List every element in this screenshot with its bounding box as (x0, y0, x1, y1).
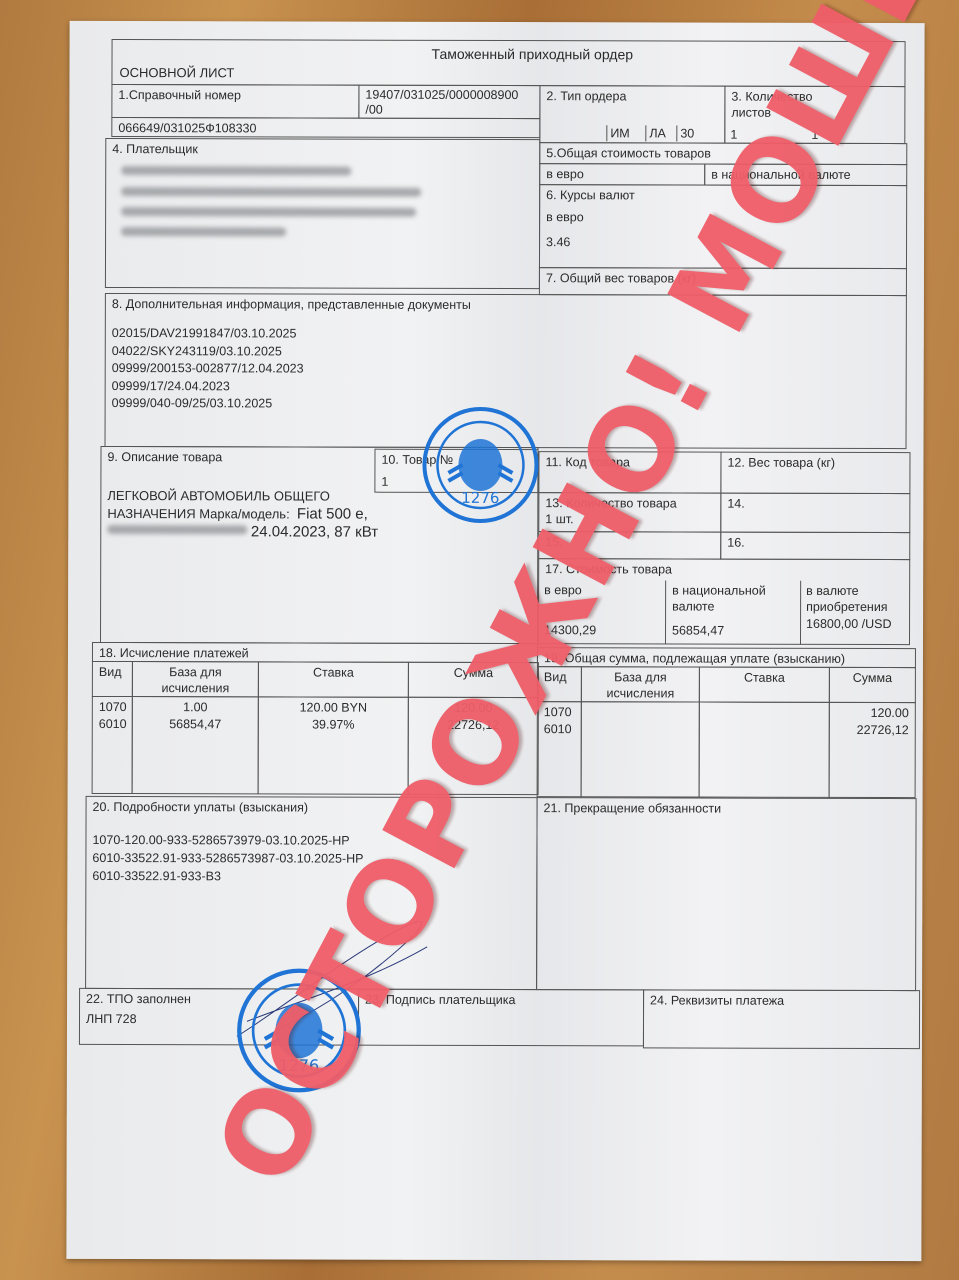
order-type-code-1: ИМ (606, 125, 629, 141)
field-21-obligation-end: 21. Прекращение обязанности (536, 797, 917, 991)
payment-line: 6010-33522.91-933-B3 (92, 867, 530, 886)
payment-calc-header: Ставка (258, 661, 409, 697)
total-due-header: База для исчисления (581, 666, 700, 702)
payment-calc-cell: 39.97% (265, 716, 402, 733)
field-24-payment-requisites: 24. Реквизиты платежа (643, 989, 920, 1049)
customs-stamp-bottom: 1276 (235, 966, 363, 1094)
total-due-table (70, 21, 925, 23)
payment-line: 6010-33522.91-933-5286573987-03.10.2025-… (92, 849, 530, 868)
field-2-label: 2. Тип ордера (546, 89, 626, 103)
value-national: в национальной валюте 56854,47 (665, 580, 801, 644)
total-due-cell: 6010 (544, 721, 575, 738)
field-5-total-value: 5.Общая стоимость товаров (539, 142, 907, 165)
svg-text:1276: 1276 (279, 1056, 320, 1075)
payer-redacted-line (121, 166, 351, 176)
total-due-column (581, 701, 700, 797)
vehicle-model: Fiat 500 e, (297, 505, 368, 522)
payment-calc-header: База для исчисления (132, 661, 259, 697)
sheets-value-1: 1 (730, 127, 737, 143)
payer-redacted-line (121, 187, 421, 197)
sheet-label: ОСНОВНОЙ ЛИСТ (119, 65, 234, 81)
field-1-label: 1.Справочный номер (118, 88, 241, 102)
total-due-column: 10706010 (537, 701, 582, 797)
exchange-rate-value: 3.46 (546, 234, 900, 251)
payer-redacted-line (121, 227, 286, 236)
order-type-code-3: 30 (676, 125, 694, 141)
payment-calc-column: 120.00 BYN39.97% (258, 696, 409, 794)
stamp-number: 1276 (461, 489, 499, 507)
total-due-cell: 120.00 (836, 705, 909, 722)
value-acquisition: в валюте приобретения 16800,00 /USD (800, 581, 910, 643)
total-due-header: Ставка (699, 667, 830, 703)
total-due-column: 120.0022726,12 (829, 702, 916, 798)
field-1-value: 19407/031025/0000008900 /00 (358, 85, 540, 119)
field-13-quantity: 13. Количество товара 1 шт. (538, 492, 721, 532)
payment-calc-cell: 22726,12 (415, 717, 532, 734)
total-due-cell (588, 721, 693, 738)
payment-calc-cell: 56854,47 (139, 716, 252, 733)
value-eur: в евро 14300,29 (538, 580, 666, 642)
payer-redacted-line (121, 207, 416, 217)
payment-calc-header: Сумма (408, 662, 539, 698)
document-ref: 09999/200153-002877/12.04.2023 (112, 360, 900, 380)
total-due-column (699, 702, 830, 798)
payment-calc-cell: 1.00 (139, 699, 252, 716)
sheets-value-2: 1 (811, 127, 818, 143)
field-11-item-code: 11. Код товара (538, 451, 721, 493)
total-due-cell (706, 705, 823, 722)
payment-calc-column: 120.0022726,12 (408, 697, 539, 795)
field-1-reference: 1.Справочный номер (111, 84, 359, 119)
total-due-cell (588, 704, 693, 721)
payment-calc-column: 1.0056854,47 (132, 696, 259, 794)
field-3-label: 3. Количество листов (731, 89, 826, 121)
order-type-code-2: ЛА (645, 125, 666, 141)
payment-calc-table (70, 21, 925, 23)
payment-calc-cell: 6010 (99, 716, 126, 733)
document-ref: 09999/17/24.04.2023 (112, 377, 900, 397)
field-12-item-weight: 12. Вес товара (кг) (720, 452, 910, 494)
field-1-sub-value: 066649/031025Ф108330 (111, 117, 540, 138)
field-18-payment-calc: 18. Исчисление платежей (92, 642, 538, 663)
field-7-total-weight: 7. Общий вес товаров (кг) (539, 267, 907, 296)
document-title: Таможенный приходный ордер (432, 46, 634, 63)
field-4-label: 4. Плательщик (112, 142, 198, 156)
total-due-cell: 22726,12 (836, 722, 909, 739)
payment-calc-column: 10706010 (92, 696, 133, 794)
total-due-header: Сумма (829, 667, 916, 703)
payment-calc-header: Вид (92, 661, 133, 697)
total-due-cell: 1070 (544, 704, 575, 721)
customs-stamp-top: 1276 (420, 405, 540, 525)
total-due-header: Вид (537, 666, 582, 702)
field-16: 16. (720, 532, 910, 560)
document-ref: 02015/DAV21991847/03.10.2025 (112, 325, 900, 345)
field-2-order-type: 2. Тип ордера (539, 85, 725, 143)
field-5-eur: в евро (539, 163, 705, 185)
field-14: 14. (720, 493, 910, 533)
total-due-cell (706, 722, 823, 739)
vin-redacted (107, 525, 247, 534)
customs-order-paper: Таможенный приходный ордер ОСНОВНОЙ ЛИСТ… (66, 21, 924, 1261)
payment-line: 1070-120.00-933-5286573979-03.10.2025-HP (92, 831, 530, 850)
payment-calc-cell: 1070 (99, 699, 126, 716)
field-15: 15. (538, 531, 721, 559)
customs-form: Таможенный приходный ордер ОСНОВНОЙ ЛИСТ… (66, 21, 924, 1261)
payment-calc-cell: 120.00 BYN (265, 699, 402, 716)
payment-calc-cell: 120.00 (415, 700, 532, 717)
field-8-label: 8. Дополнительная информация, представле… (112, 296, 900, 314)
field-19-total-due: 19. Общая сумма, подлежащая уплате (взыс… (537, 647, 916, 668)
field-5-national: в национальной валюте (704, 164, 907, 187)
field-6-exchange-rates: 6. Курсы валют в евро 3.46 (539, 184, 907, 269)
document-ref: 04022/SKY243119/03.10.2025 (112, 342, 900, 362)
